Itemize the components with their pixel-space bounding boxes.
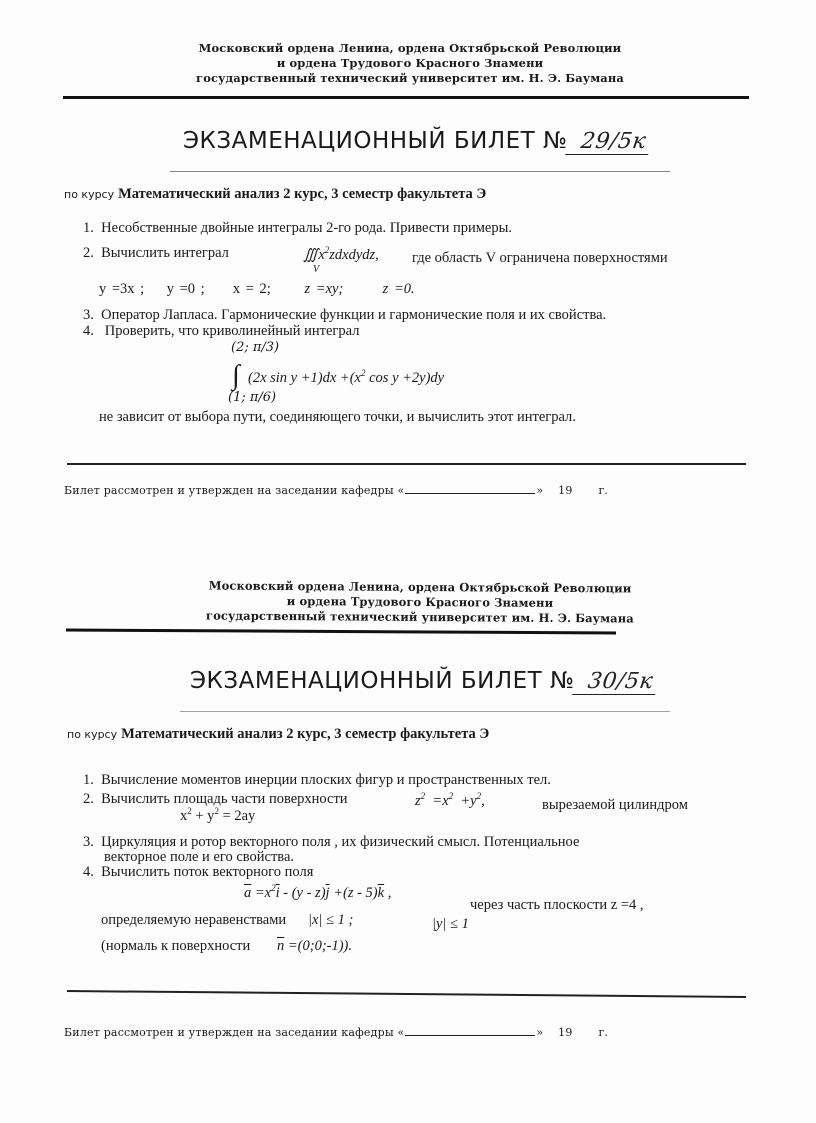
question-3: 3. Оператор Лапласа. Гармонические функц… (83, 307, 606, 324)
ticket-number: 30/5к (573, 669, 660, 695)
question-num: 4. (83, 323, 94, 339)
question-text: Вычисление моментов инерции плоских фигу… (101, 772, 551, 788)
header-rule (63, 96, 749, 99)
question-4: 4. Вычислить поток векторного поля (83, 864, 313, 881)
question-text-after: вырезаемой цилиндром (542, 797, 688, 814)
title-rule (170, 171, 670, 172)
footer-g: г. (598, 484, 608, 497)
surface-formula: z2 =x2 +y2, (415, 791, 485, 810)
course-value: Математический анализ 2 курс, 3 семестр … (118, 186, 486, 202)
title-text: ЭКЗАМЕНАЦИОННЫЙ БИЛЕТ № (190, 668, 574, 694)
question-text: Циркуляция и ротор векторного поля , их … (101, 834, 579, 850)
header-rule (66, 629, 616, 635)
question-text: Оператор Лапласа. Гармонические функции … (101, 307, 606, 323)
footer-text: Билет рассмотрен и утвержден на заседани… (64, 1026, 404, 1039)
approval-footer: Билет рассмотрен и утвержден на заседани… (64, 1026, 608, 1039)
question-text-line3: определяемую неравенствами (101, 912, 286, 929)
question-4: 4. Проверить, что криволинейный интеграл (83, 323, 359, 340)
header-line: и ордена Трудового Красного Знамени (150, 56, 670, 71)
header-line: государственный технический университет … (150, 71, 670, 86)
footer-text: Билет рассмотрен и утвержден на заседани… (64, 484, 404, 497)
vector-field-formula: a =x2i - (y - z)j +(z - 5)k , (244, 883, 391, 902)
question-num: 4. (83, 864, 94, 880)
course-label: по курсу (67, 728, 117, 741)
question-num: 1. (83, 220, 94, 236)
inequality-y: |y| ≤ 1 (432, 916, 469, 933)
condition: x = 2; (233, 281, 271, 297)
ticket-number: 29/5к (566, 129, 653, 155)
header-line: государственный технический университет … (160, 608, 680, 627)
question-text-after: где область V ограничена поверхностями (412, 250, 668, 267)
normal-vector: n =(0;0;-1)). (277, 938, 352, 955)
question-text: Вычислить площадь части поверхности (101, 791, 347, 807)
triple-integral: ∭x2zdxdydz, (303, 245, 379, 264)
upper-limit: (2; π/3) (231, 340, 279, 355)
cylinder-formula: x2 + y2 = 2ay (180, 806, 255, 825)
question-num: 1. (83, 772, 94, 788)
condition: z =0. (383, 281, 415, 297)
question-1: 1. Вычисление моментов инерции плоских ф… (83, 772, 551, 789)
course-line: по курсу Математический анализ 2 курс, 3… (67, 725, 489, 743)
course-value: Математический анализ 2 курс, 3 семестр … (121, 726, 489, 742)
date-blank (405, 493, 535, 494)
condition: y =0 ; (167, 281, 205, 297)
title-rule (180, 711, 670, 712)
question-text-line4: (нормаль к поверхности (101, 938, 250, 955)
condition: y =3x ; (99, 281, 144, 297)
title-text: ЭКЗАМЕНАЦИОННЫЙ БИЛЕТ № (183, 128, 567, 154)
question-num: 3. (83, 834, 94, 850)
footer-rule (67, 990, 746, 998)
course-line: по курсу Математический анализ 2 курс, 3… (64, 185, 486, 203)
question-text: Вычислить поток векторного поля (101, 864, 313, 880)
condition: z =xy; (305, 281, 344, 297)
footer-year: 19 (558, 484, 572, 497)
footer-g: г. (598, 1026, 608, 1039)
question-text-after: через часть плоскости z =4 , (470, 897, 644, 914)
header-line: Московский ордена Ленина, ордена Октябрь… (150, 41, 670, 56)
question-text: Вычислить интеграл (101, 245, 229, 261)
footer-rule (67, 463, 746, 465)
integral-domain: V (313, 264, 319, 275)
question-text-after: не зависит от выбора пути, соединяющего … (99, 409, 576, 426)
question-num: 2. (83, 245, 94, 261)
integrand: (2x sin y +1)dx +(x2 cos y +2y)dy (248, 368, 444, 387)
university-header: Московский ордена Ленина, ордена Октябрь… (160, 578, 680, 627)
approval-footer: Билет рассмотрен и утвержден на заседани… (64, 484, 608, 497)
footer-year: 19 (558, 1026, 572, 1039)
date-blank (405, 1035, 535, 1036)
question-text: Несобственные двойные интегралы 2-го род… (101, 220, 512, 236)
question-num: 2. (83, 791, 94, 807)
ticket-title: ЭКЗАМЕНАЦИОННЫЙ БИЛЕТ №30/5к (190, 668, 657, 695)
question-num: 3. (83, 307, 94, 323)
footer-close-quote: » (536, 484, 543, 497)
question-1: 1. Несобственные двойные интегралы 2-го … (83, 220, 512, 237)
conditions: y =3x ; y =0 ; x = 2; z =xy; z =0. (99, 281, 415, 298)
question-text: Проверить, что криволинейный интеграл (105, 323, 360, 339)
lower-limit: (1; π/6) (228, 390, 276, 405)
course-label: по курсу (64, 188, 114, 201)
ticket-title: ЭКЗАМЕНАЦИОННЫЙ БИЛЕТ №29/5к (183, 128, 650, 155)
line-integral-sign: ∫ (232, 362, 240, 390)
university-header: Московский ордена Ленина, ордена Октябрь… (150, 41, 670, 86)
footer-close-quote: » (536, 1026, 543, 1039)
question-2: 2. Вычислить интеграл (83, 245, 229, 262)
inequality-x: |x| ≤ 1 ; (308, 912, 353, 929)
